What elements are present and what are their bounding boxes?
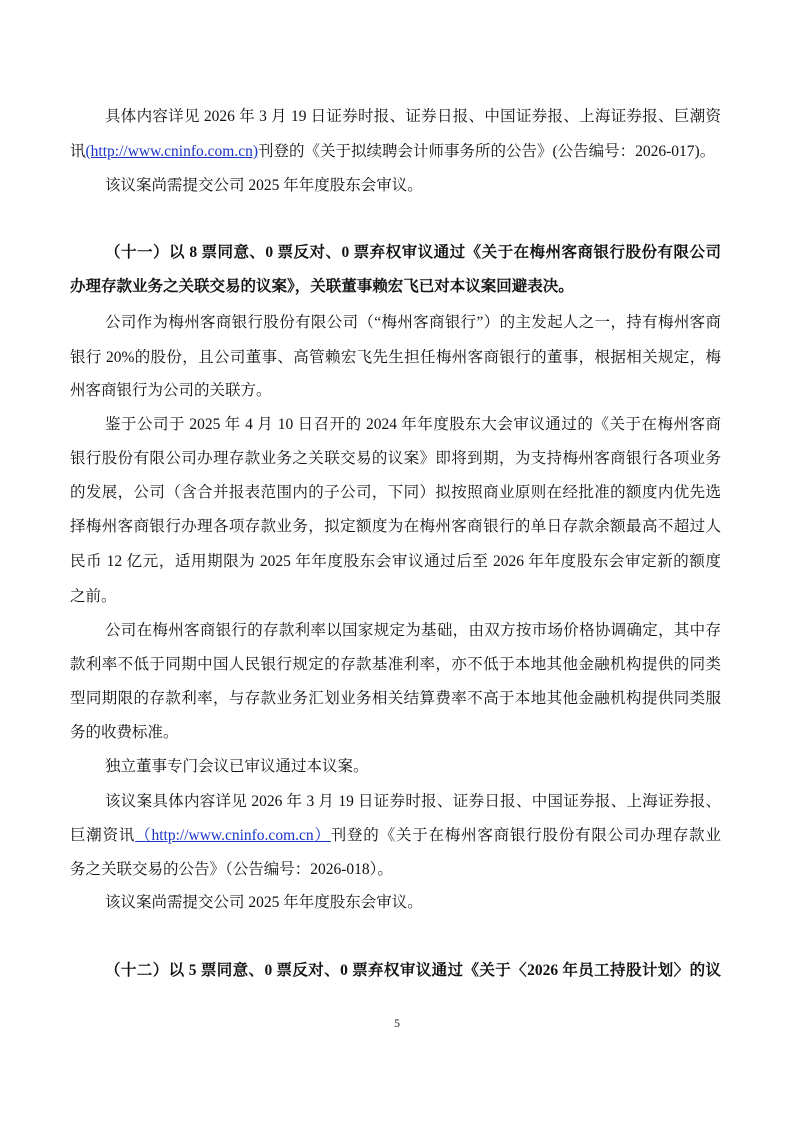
document-page: 具体内容详见 2026 年 3 月 19 日证券时报、证券日报、中国证券报、上海…: [0, 0, 794, 1123]
paragraph-line: 银行股份有限公司办理存款业务之关联交易的议案》即将到期，为支持梅州客商银行各项业…: [70, 449, 721, 469]
paragraph-line: 务之关联交易的公告》（公告编号：2026-018）。: [70, 860, 721, 880]
paragraph-line: 该议案尚需提交公司 2025 年年度股东会审议。: [105, 893, 721, 913]
paragraph-line: 型同期限的存款利率，与存款业务汇划业务相关结算费率不高于本地其他金融机构提供同类…: [70, 689, 721, 709]
paragraph-line: 款利率不低于同期中国人民银行规定的存款基准利率，亦不低于本地其他金融机构提供的同…: [70, 655, 721, 675]
paragraph-line: 择梅州客商银行办理各项存款业务，拟定额度为在梅州客商银行的单日存款余额最高不超过…: [70, 517, 721, 537]
section-heading-11: （十一）以 8 票同意、0 票反对、0 票弃权审议通过《关于在梅州客商银行股份有…: [105, 243, 721, 263]
paragraph-line: 具体内容详见 2026 年 3 月 19 日证券时报、证券日报、中国证券报、上海…: [105, 107, 721, 127]
paragraph-line: 鉴于公司于 2025 年 4 月 10 日召开的 2024 年年度股东大会审议通…: [105, 415, 721, 435]
paragraph-line: 该议案尚需提交公司 2025 年年度股东会审议。: [105, 176, 721, 196]
paragraph-line: 的发展，公司（含合并报表范围内的子公司，下同）拟按照商业原则在经批准的额度内优先…: [70, 483, 721, 503]
paragraph-line: 务的收费标准。: [70, 723, 721, 743]
text-span: 刊登的《关于在梅州客商银行股份有限公司办理存款业: [331, 827, 721, 844]
paragraph-line: 民币 12 亿元，适用期限为 2025 年年度股东会审议通过后至 2026 年年…: [70, 552, 721, 572]
text-span: 讯: [70, 143, 86, 160]
page-number: 5: [0, 1016, 794, 1031]
paragraph-line: 讯(http://www.cninfo.com.cn)刊登的《关于拟续聘会计师事…: [70, 142, 721, 162]
section-heading-12: （十二）以 5 票同意、0 票反对、0 票弃权审议通过《关于〈2026 年员工持…: [105, 961, 721, 981]
cninfo-link[interactable]: (http://www.cninfo.com.cn): [86, 143, 258, 160]
paragraph-line: 公司作为梅州客商银行股份有限公司（“梅州客商银行”）的主发起人之一，持有梅州客商: [105, 313, 721, 333]
paragraph-line: 巨潮资讯（http://www.cninfo.com.cn）刊登的《关于在梅州客…: [70, 826, 721, 846]
paragraph-line: 该议案具体内容详见 2026 年 3 月 19 日证券时报、证券日报、中国证券报…: [105, 792, 721, 812]
paragraph-line: 州客商银行为公司的关联方。: [70, 381, 721, 401]
section-heading-11-cont: 办理存款业务之关联交易的议案》，关联董事赖宏飞已对本议案回避表决。: [70, 277, 721, 297]
text-span: 巨潮资讯: [70, 827, 135, 844]
paragraph-line: 独立董事专门会议已审议通过本议案。: [105, 757, 721, 777]
paragraph-line: 银行 20%的股份，且公司董事、高管赖宏飞先生担任梅州客商银行的董事，根据相关规…: [70, 348, 721, 368]
paragraph-line: 之前。: [70, 587, 721, 607]
text-span: 刊登的《关于拟续聘会计师事务所的公告》(公告编号：2026-017)。: [258, 143, 715, 160]
cninfo-link[interactable]: （http://www.cninfo.com.cn）: [135, 827, 331, 844]
paragraph-line: 公司在梅州客商银行的存款利率以国家规定为基础，由双方按市场价格协调确定，其中存: [105, 621, 721, 641]
